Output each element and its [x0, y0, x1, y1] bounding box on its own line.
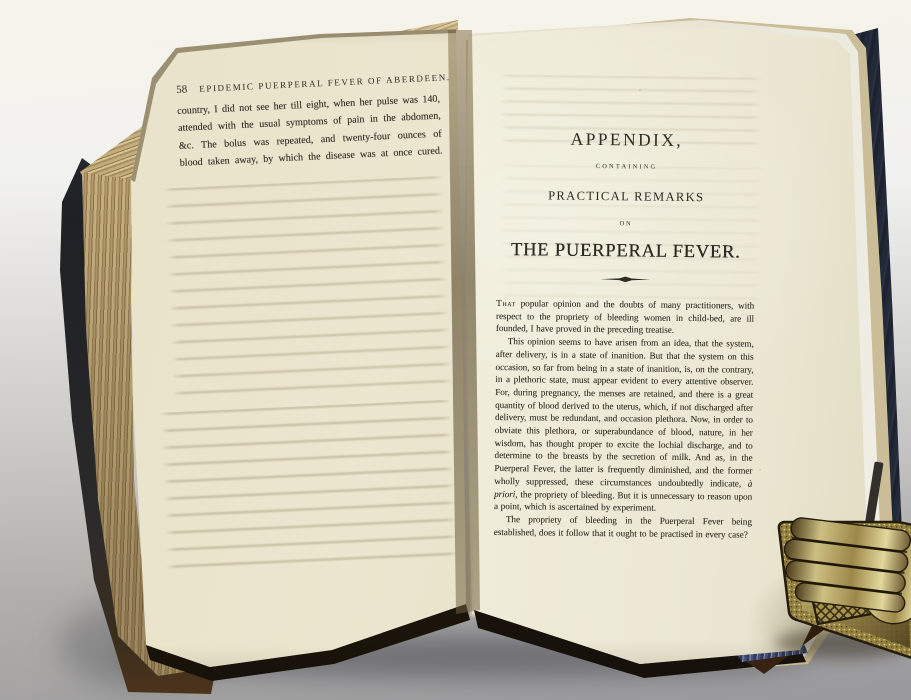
- appendix-containing: CONTAINING: [498, 162, 756, 172]
- left-page-showthrough-text: [159, 399, 458, 582]
- left-page-showthrough-text: [163, 176, 452, 400]
- paragraph: The propriety of bleeding in the Puerper…: [494, 513, 752, 541]
- left-page-text-block: 58 EPIDEMIC PUERPERAL FEVER OF ABERDEEN.…: [176, 72, 443, 172]
- appendix-main-title: THE PUERPERAL FEVER.: [497, 240, 755, 264]
- appendix-on: ON: [497, 219, 755, 229]
- appendix-title-block: APPENDIX, CONTAINING PRACTICAL REMARKS O…: [494, 128, 756, 541]
- paragraph: That popular opinion and the doubts of m…: [496, 297, 754, 338]
- clasp-strap: [864, 461, 883, 528]
- paragraph: This opinion seems to have arisen from a…: [494, 335, 754, 516]
- brass-clasp: [758, 458, 911, 668]
- appendix-body-text: That popular opinion and the doubts of m…: [494, 297, 755, 541]
- appendix-title: APPENDIX,: [498, 128, 756, 152]
- appendix-subtitle: PRACTICAL REMARKS: [497, 188, 755, 206]
- page-number: 58: [176, 83, 188, 96]
- section-divider-ornament: [600, 275, 650, 284]
- photo-open-antique-book: 58 EPIDEMIC PUERPERAL FEVER OF ABERDEEN.…: [0, 0, 911, 700]
